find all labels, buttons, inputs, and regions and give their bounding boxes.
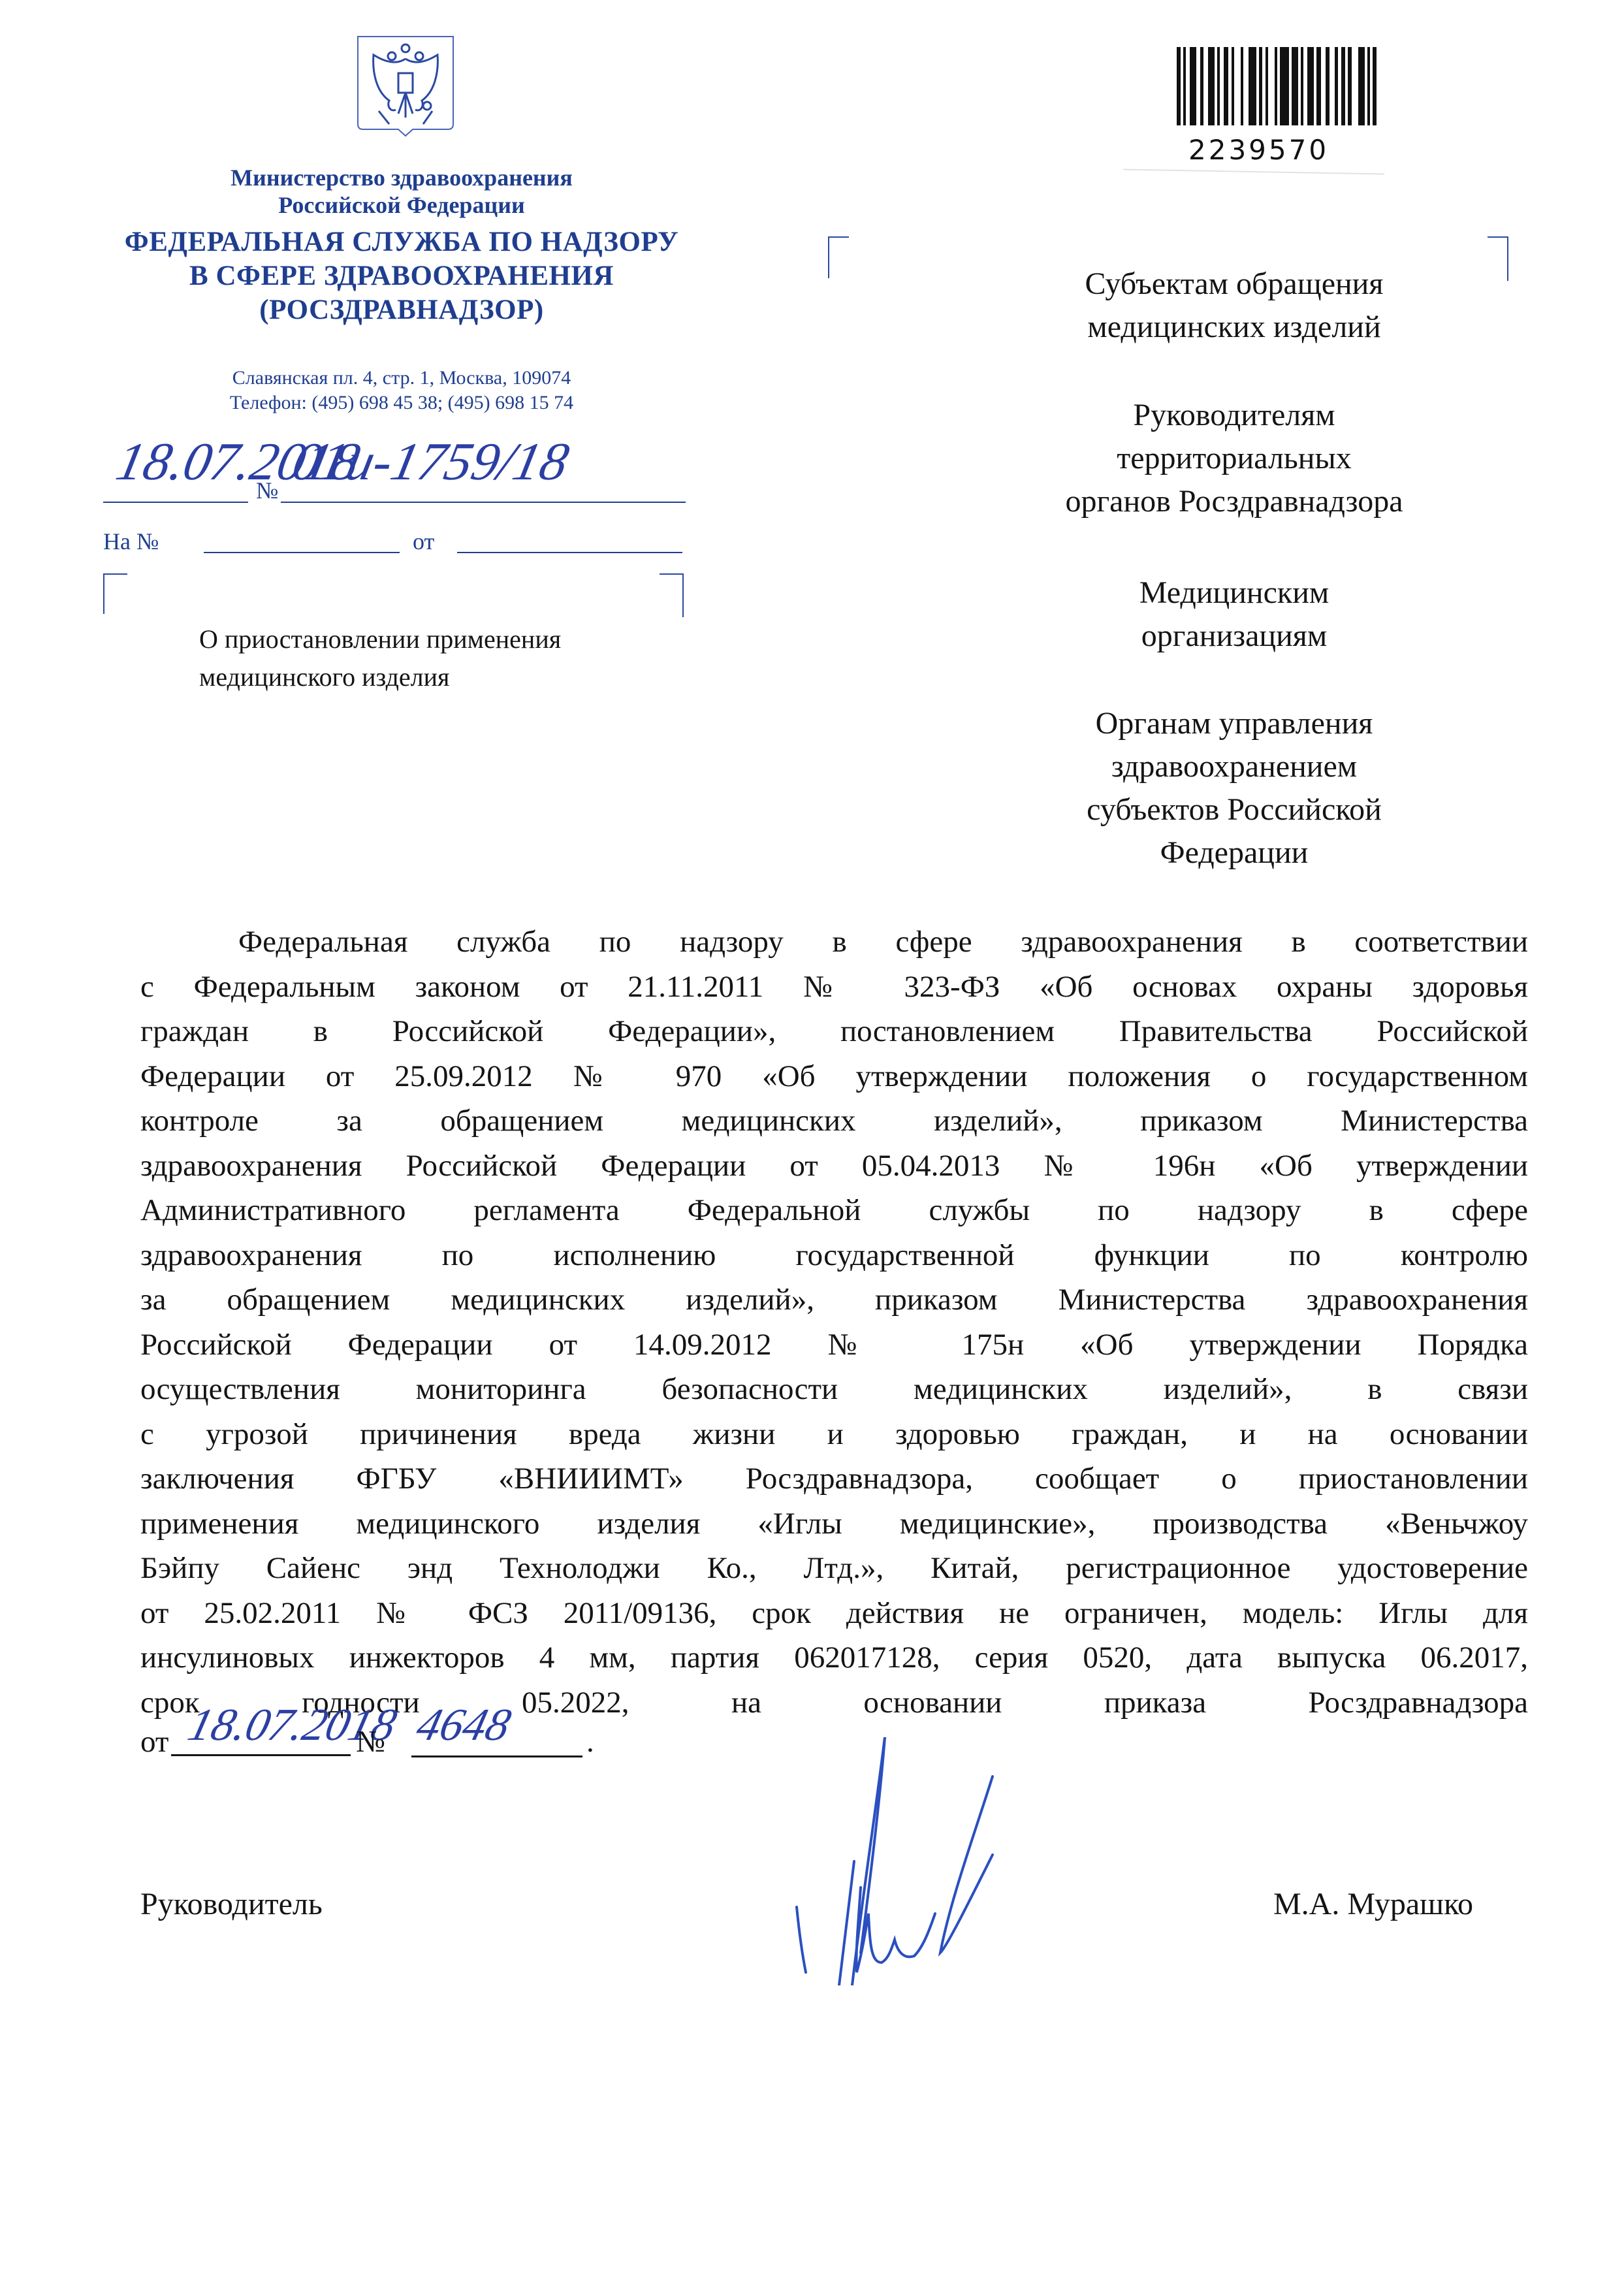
subject-line1: О приостановлении применения [199,620,561,658]
addressee-2-line2: территориальных [947,437,1521,480]
reply-date-field [457,552,682,553]
order-number-sign: № [356,1724,385,1759]
org-address: Славянская пл. 4, стр. 1, Москва, 109074 [85,366,718,391]
date-underline [103,502,248,503]
coat-of-arms-icon [353,33,458,138]
addressee-2: Руководителям территориальных органов Ро… [947,394,1521,523]
order-date-underline [171,1754,351,1756]
addressee-4: Органам управления здравоохранением субъ… [947,702,1521,874]
body-line: от 25.02.2011 № ФСЗ 2011/09136, срок дей… [140,1591,1528,1636]
body-line: с Федеральным законом от 21.11.2011 № 32… [140,965,1528,1010]
addressee-4-line2: здравоохранением [947,745,1521,788]
body-line: Российской Федерации от 14.09.2012 № 175… [140,1323,1528,1368]
body-line: заключения ФГБУ «ВНИИИМТ» Росздравнадзор… [140,1456,1528,1501]
body-line: граждан в Российской Федерации», постано… [140,1009,1528,1054]
reply-to-label: На № [103,528,159,555]
reply-number-field [204,552,400,553]
body-line: здравоохранения Российской Федерации от … [140,1144,1528,1189]
addressee-4-line4: Федерации [947,831,1521,874]
body-line: применения медицинского изделия «Иглы ме… [140,1501,1528,1547]
handwritten-signature-icon [784,1737,1058,1985]
subject-bracket-right [660,573,684,617]
body-line: с угрозой причинения вреда жизни и здоро… [140,1412,1528,1457]
body-line: Бэйпу Сайенс энд Технолоджи Ко., Лтд.», … [140,1546,1528,1591]
order-number: 4648 [411,1699,516,1752]
subject-bracket-left [103,573,127,614]
body-line: инсулиновых инжекторов 4 мм, партия 0620… [140,1635,1528,1680]
addressee-1-line2: медицинских изделий [947,306,1521,349]
body-line: здравоохранения по исполнению государств… [140,1233,1528,1278]
body-line: за обращением медицинских изделий», прик… [140,1277,1528,1323]
addressee-1: Субъектам обращения медицинских изделий [947,263,1521,349]
addressee-2-line1: Руководителям [947,394,1521,437]
addressee-2-line3: органов Росздравнадзора [947,480,1521,523]
service-name-line3: (РОСЗДРАВНАДЗОР) [85,293,718,327]
number-sign: № [256,477,278,504]
body-line: контроле за обращением медицинских издел… [140,1098,1528,1144]
body-line: осуществления мониторинга безопасности м… [140,1367,1528,1412]
scan-edge-line [1123,169,1384,175]
ministry-name-line2: Российской Федерации [85,191,718,219]
addressee-4-line1: Органам управления [947,702,1521,745]
order-end-period: . [586,1724,594,1759]
service-name-line2: В СФЕРЕ ЗДРАВООХРАНЕНИЯ [85,259,718,293]
reply-from-label: от [413,528,434,555]
service-name-line1: ФЕДЕРАЛЬНАЯ СЛУЖБА ПО НАДЗОРУ [85,225,718,259]
addressee-1-line1: Субъектам обращения [947,263,1521,306]
body-line: Федеральная служба по надзору в сфере зд… [140,920,1528,965]
addressee-4-line3: субъектов Российской [947,788,1521,831]
body-line: Административного регламента Федеральной… [140,1188,1528,1233]
order-number-underline [411,1756,582,1757]
addressee-bracket-left [828,236,849,278]
letter-subject: О приостановлении применения медицинског… [199,620,561,696]
addressee-3: Медицинским организациям [947,571,1521,658]
addressee-3-line2: организациям [947,615,1521,658]
ministry-name-line1: Министерство здравоохранения [85,163,718,192]
signatory-position: Руководитель [140,1886,323,1922]
subject-line2: медицинского изделия [199,658,561,696]
outgoing-number: 01и-1759/18 [287,431,574,492]
signatory-name: М.А. Мурашко [1273,1886,1473,1922]
addressee-3-line1: Медицинским [947,571,1521,615]
letter-body: Федеральная служба по надзору в сфере зд… [140,920,1528,1725]
number-underline [281,502,686,503]
body-line: Федерации от 25.09.2012 № 970 «Об утверж… [140,1054,1528,1099]
org-phone: Телефон: (495) 698 45 38; (495) 698 15 7… [85,391,718,415]
barcode-number: 2239570 [1188,134,1329,166]
order-from-label: от [140,1724,168,1759]
